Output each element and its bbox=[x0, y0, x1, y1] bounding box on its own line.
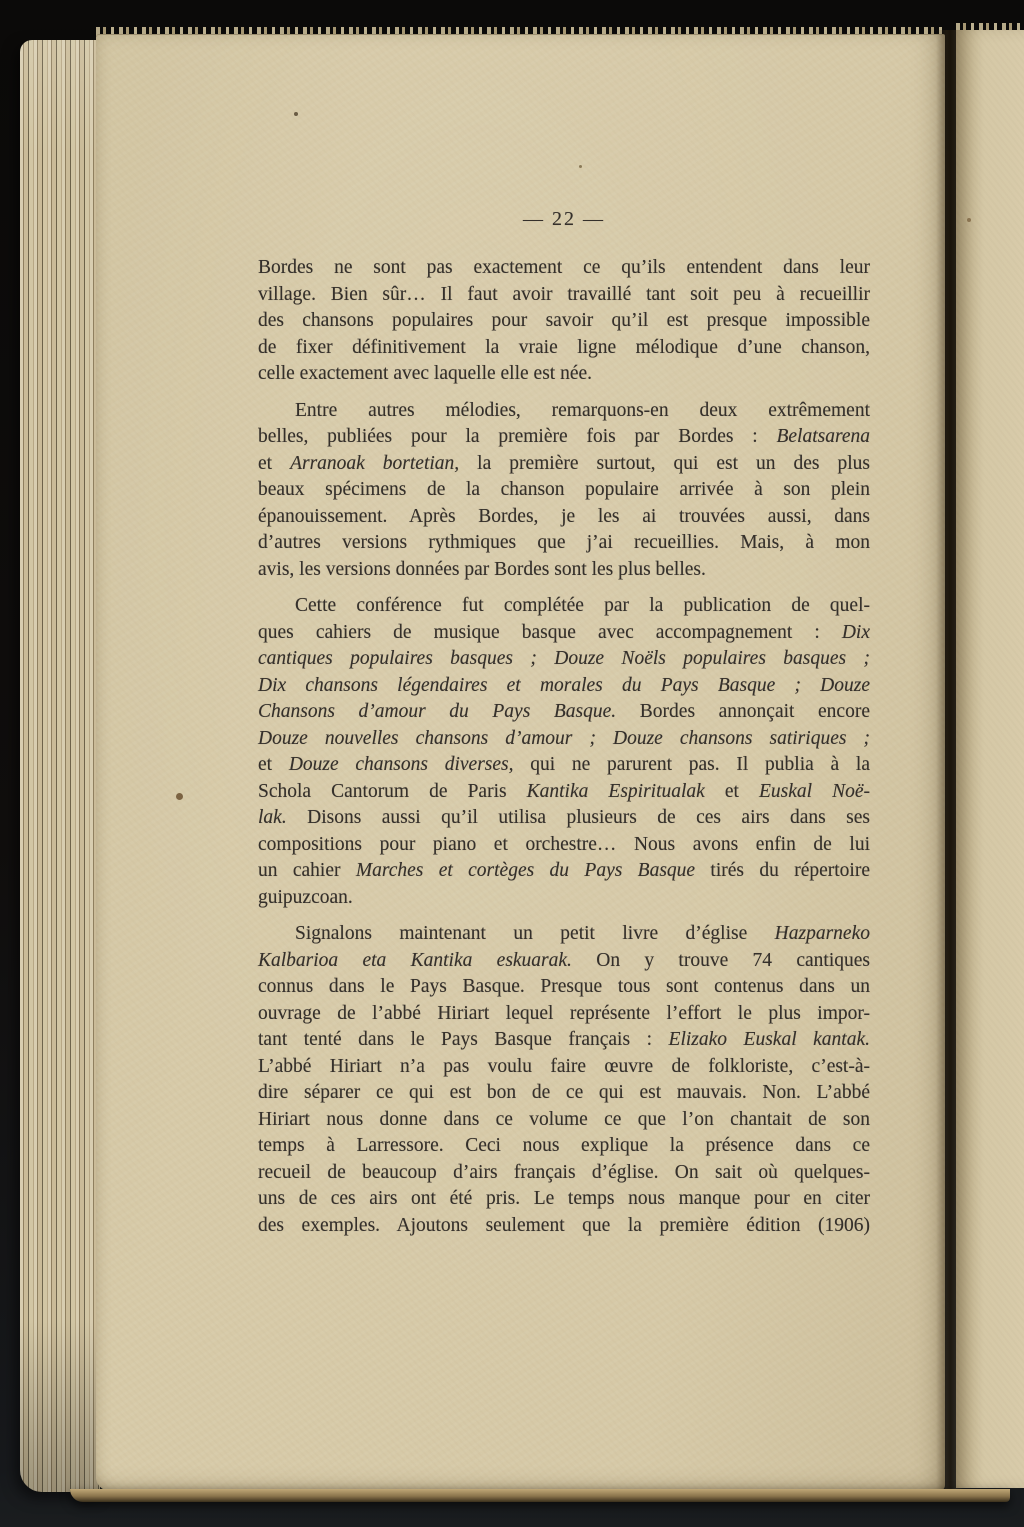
text-line: et Arranoak bortetian, la première surto… bbox=[258, 451, 870, 478]
body-text-segment: temps à Larressore. Ceci nous explique l… bbox=[258, 1135, 870, 1156]
page-number: — 22 — bbox=[258, 206, 870, 233]
paper-speck bbox=[176, 793, 183, 800]
paper-speck bbox=[579, 165, 582, 168]
text-line: Signalons maintenant un petit livre d’ég… bbox=[258, 921, 870, 948]
body-text-segment: recueil de beaucoup d’airs français d’ég… bbox=[258, 1162, 870, 1183]
body-text-segment: Bordes annonçait encore bbox=[616, 701, 870, 722]
paragraph: Entre autres mélodies, remarquons-en deu… bbox=[258, 398, 870, 584]
text-line: recueil de beaucoup d’airs français d’ég… bbox=[258, 1160, 870, 1187]
body-text-segment: compositions pour piano et orchestre… No… bbox=[258, 834, 870, 855]
page-edge-stack bbox=[20, 40, 100, 1492]
paragraph: Signalons maintenant un petit livre d’ég… bbox=[258, 921, 870, 1239]
text-line: un cahier Marches et cortèges du Pays Ba… bbox=[258, 858, 870, 885]
italic-title-text: Douze nouvelles chansons d’amour ; Douze… bbox=[258, 728, 870, 749]
text-line: Cette conférence fut complétée par la pu… bbox=[258, 593, 870, 620]
body-text-segment: et bbox=[258, 453, 290, 474]
italic-title-text: Douze chansons diverses, bbox=[289, 754, 514, 775]
paper-speck bbox=[294, 112, 298, 116]
body-text-segment: tirés du répertoire bbox=[695, 860, 870, 881]
body-text-segment: tant tenté dans le Pays Basque français … bbox=[258, 1029, 669, 1050]
text-line: Douze nouvelles chansons d’amour ; Douze… bbox=[258, 726, 870, 753]
body-text-segment: beaux spécimens de la chanson populaire … bbox=[258, 479, 870, 500]
body-text-segment: L’abbé Hiriart n’a pas voulu faire œuvre… bbox=[258, 1056, 870, 1077]
text-line: Bordes ne sont pas exactement ce qu’ils … bbox=[258, 255, 870, 282]
body-text-segment: et bbox=[258, 754, 289, 775]
bottom-page-edges bbox=[70, 1489, 1010, 1502]
body-text-segment: Bordes ne sont pas exactement ce qu’ils … bbox=[258, 257, 870, 278]
body-text-segment: village. Bien sûr… Il faut avoir travail… bbox=[258, 284, 870, 305]
body-text-segment: Signalons maintenant un petit livre d’ég… bbox=[295, 923, 775, 944]
text-line: Dix chansons légendaires et morales du P… bbox=[258, 673, 870, 700]
body-text-segment: d’autres versions rythmiques que j’ai re… bbox=[258, 532, 870, 553]
text-line: et Douze chansons diverses, qui ne parur… bbox=[258, 752, 870, 779]
text-line: Entre autres mélodies, remarquons-en deu… bbox=[258, 398, 870, 425]
italic-title-text: Kantika Espiritualak bbox=[527, 781, 705, 802]
paragraph: Cette conférence fut complétée par la pu… bbox=[258, 593, 870, 911]
text-line: temps à Larressore. Ceci nous explique l… bbox=[258, 1133, 870, 1160]
text-line: avis, les versions données par Bordes so… bbox=[258, 557, 870, 584]
body-text-segment: belles, publiées pour la première fois p… bbox=[258, 426, 776, 447]
text-line: tant tenté dans le Pays Basque français … bbox=[258, 1027, 870, 1054]
paper-speck bbox=[967, 218, 971, 222]
text-line: L’abbé Hiriart n’a pas voulu faire œuvre… bbox=[258, 1054, 870, 1081]
body-text-segment: des exemples. Ajoutons seulement que la … bbox=[258, 1215, 870, 1236]
text-line: ouvrage de l’abbé Hiriart lequel représe… bbox=[258, 1001, 870, 1028]
body-text-segment: dire séparer ce qui est bon de ce qui es… bbox=[258, 1082, 870, 1103]
text-line: d’autres versions rythmiques que j’ai re… bbox=[258, 530, 870, 557]
italic-title-text: lak. bbox=[258, 807, 287, 828]
text-line: connus dans le Pays Basque. Presque tous… bbox=[258, 974, 870, 1001]
body-text-segment: On y trouve 74 cantiques bbox=[572, 950, 870, 971]
text-line: épanouissement. Après Bordes, je les ai … bbox=[258, 504, 870, 531]
body-text-segment: uns de ces airs ont été pris. Le temps n… bbox=[258, 1188, 870, 1209]
italic-title-text: Hazparneko bbox=[775, 923, 870, 944]
body-text-segment: celle exactement avec laquelle elle est … bbox=[258, 363, 592, 384]
body-text-segment: Entre autres mélodies, remarquons-en deu… bbox=[295, 400, 870, 421]
body-text-segment: épanouissement. Après Bordes, je les ai … bbox=[258, 506, 870, 527]
body-text-segment: de fixer définitivement la vraie ligne m… bbox=[258, 337, 870, 358]
body-text-segment: qui ne parurent pas. Il publia à la bbox=[514, 754, 871, 775]
text-line: belles, publiées pour la première fois p… bbox=[258, 424, 870, 451]
text-line: Chansons d’amour du Pays Basque. Bordes … bbox=[258, 699, 870, 726]
text-line: dire séparer ce qui est bon de ce qui es… bbox=[258, 1080, 870, 1107]
body-text-segment: ouvrage de l’abbé Hiriart lequel représe… bbox=[258, 1003, 870, 1024]
body-text-segment: et bbox=[705, 781, 759, 802]
text-line: cantiques populaires basques ; Douze Noë… bbox=[258, 646, 870, 673]
page-text-block: — 22 — Bordes ne sont pas exactement ce … bbox=[258, 206, 870, 1249]
italic-title-text: Dix chansons légendaires et morales du P… bbox=[258, 675, 870, 696]
text-line: lak. Disons aussi qu’il utilisa plusieur… bbox=[258, 805, 870, 832]
body-text-segment: Disons aussi qu’il utilisa plusieurs de … bbox=[287, 807, 870, 828]
text-line: ques cahiers de musique basque avec acco… bbox=[258, 620, 870, 647]
text-line: de fixer définitivement la vraie ligne m… bbox=[258, 335, 870, 362]
text-line: Schola Cantorum de Paris Kantika Espirit… bbox=[258, 779, 870, 806]
body-text-segment: ques cahiers de musique basque avec acco… bbox=[258, 622, 842, 643]
italic-title-text: Kalbarioa eta Kantika eskuarak. bbox=[258, 950, 572, 971]
paragraph: Bordes ne sont pas exactement ce qu’ils … bbox=[258, 255, 870, 388]
italic-title-text: Elizako Euskal kantak. bbox=[669, 1029, 870, 1050]
body-text-segment: des chansons populaires pour savoir qu’i… bbox=[258, 310, 870, 331]
text-line: Hiriart nous donne dans ce volume ce que… bbox=[258, 1107, 870, 1134]
body-text-segment: Hiriart nous donne dans ce volume ce que… bbox=[258, 1109, 870, 1130]
italic-title-text: Arranoak bortetian, bbox=[290, 453, 459, 474]
italic-title-text: cantiques populaires basques ; Douze Noë… bbox=[258, 648, 870, 669]
body-text-segment: guipuzcoan. bbox=[258, 887, 353, 908]
text-line: celle exactement avec laquelle elle est … bbox=[258, 361, 870, 388]
italic-title-text: Belatsarena bbox=[776, 426, 870, 447]
italic-title-text: Chansons d’amour du Pays Basque. bbox=[258, 701, 616, 722]
facing-page-sliver bbox=[956, 30, 1024, 1488]
text-line: des exemples. Ajoutons seulement que la … bbox=[258, 1213, 870, 1240]
body-text-segment: avis, les versions données par Bordes so… bbox=[258, 559, 706, 580]
text-line: uns de ces airs ont été pris. Le temps n… bbox=[258, 1186, 870, 1213]
text-line: des chansons populaires pour savoir qu’i… bbox=[258, 308, 870, 335]
body-text-segment: Schola Cantorum de Paris bbox=[258, 781, 527, 802]
italic-title-text: Dix bbox=[842, 622, 870, 643]
scanned-book-photo: — 22 — Bordes ne sont pas exactement ce … bbox=[0, 0, 1024, 1527]
body-text-segment: la première surtout, qui est un des plus bbox=[459, 453, 870, 474]
text-line: Kalbarioa eta Kantika eskuarak. On y tro… bbox=[258, 948, 870, 975]
italic-title-text: Euskal Noë- bbox=[759, 781, 870, 802]
text-line: guipuzcoan. bbox=[258, 885, 870, 912]
body-text-segment: Cette conférence fut complétée par la pu… bbox=[295, 595, 870, 616]
text-line: compositions pour piano et orchestre… No… bbox=[258, 832, 870, 859]
text-line: village. Bien sûr… Il faut avoir travail… bbox=[258, 282, 870, 309]
text-line: beaux spécimens de la chanson populaire … bbox=[258, 477, 870, 504]
body-text-segment: un cahier bbox=[258, 860, 356, 881]
italic-title-text: Marches et cortèges du Pays Basque bbox=[356, 860, 695, 881]
body-text-segment: connus dans le Pays Basque. Presque tous… bbox=[258, 976, 870, 997]
body-text: Bordes ne sont pas exactement ce qu’ils … bbox=[258, 255, 870, 1239]
